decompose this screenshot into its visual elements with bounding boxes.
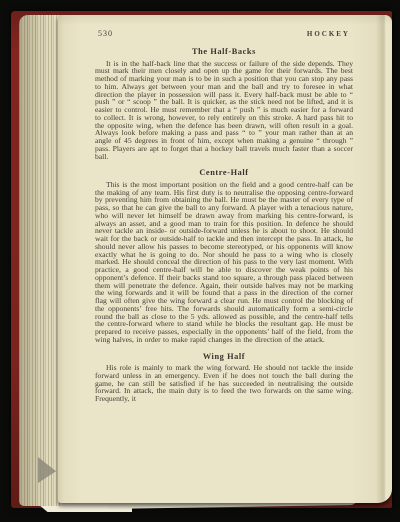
paragraph-half-backs: It is in the half-back line that the suc… xyxy=(95,60,353,161)
page-header: 530 HOCKEY xyxy=(95,29,353,38)
paragraph-centre-half: This is the most important position on t… xyxy=(95,181,353,344)
page-stack-fore-edge xyxy=(19,15,61,506)
paragraph-wing-half: His role is mainly to mark the wing forw… xyxy=(95,364,353,403)
book-page: 530 HOCKEY The Half-Backs It is in the h… xyxy=(58,15,392,503)
page-number: 530 xyxy=(98,29,113,38)
page-content: 530 HOCKEY The Half-Backs It is in the h… xyxy=(95,29,353,403)
running-header: HOCKEY xyxy=(307,30,350,38)
section-heading-centre-half: Centre-Half xyxy=(95,168,353,177)
section-heading-half-backs: The Half-Backs xyxy=(95,47,353,56)
section-heading-wing-half: Wing Half xyxy=(95,352,353,361)
